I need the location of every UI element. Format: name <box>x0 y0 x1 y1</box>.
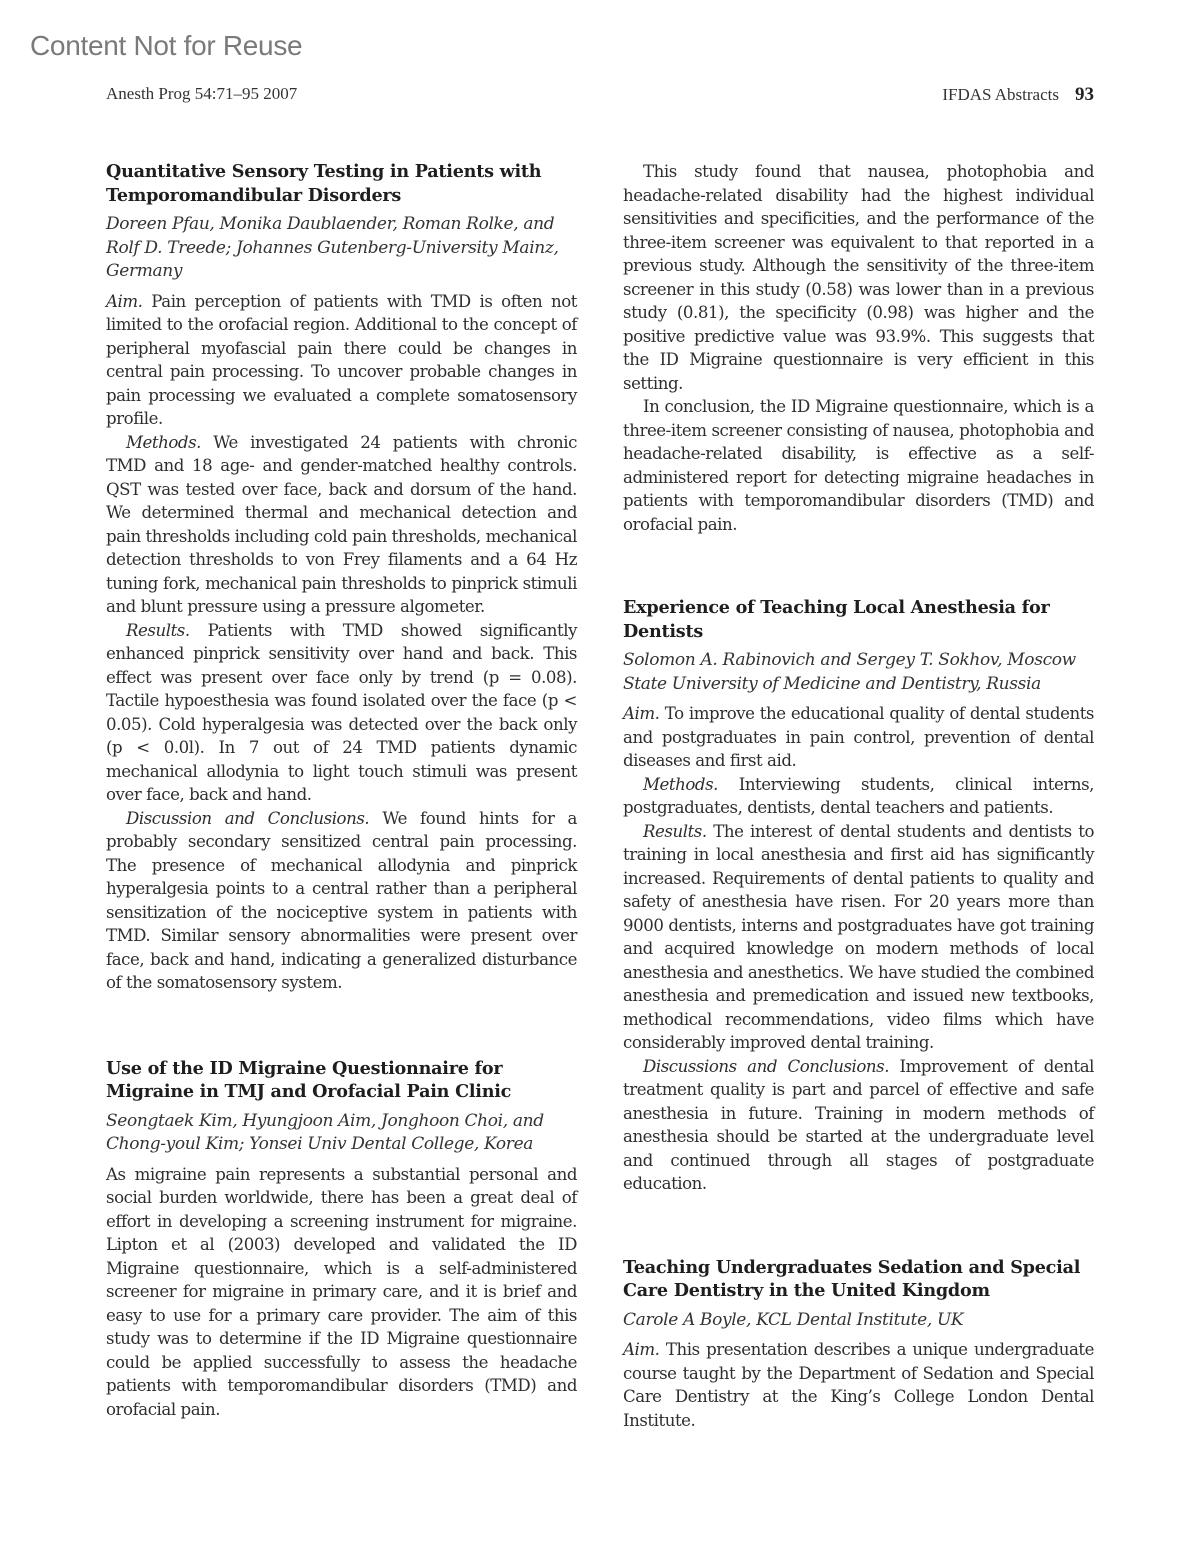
page-number: 93 <box>1075 84 1094 105</box>
abstract-teaching-sedation-uk: Teaching Undergraduates Sedation and Spe… <box>623 1256 1094 1433</box>
watermark: Content Not for Reuse <box>30 30 302 62</box>
section-text: Patients with TMD showed significantly e… <box>106 621 577 805</box>
abstract-title: Teaching Undergraduates Sedation and Spe… <box>623 1256 1094 1303</box>
abstract-title: Quantitative Sensory Testing in Patients… <box>106 160 577 207</box>
results-paragraph: Results. The interest of dental students… <box>623 820 1094 1055</box>
abstract-authors: Solomon A. Rabinovich and Sergey T. Sokh… <box>623 649 1094 696</box>
body-paragraph: This study found that nausea, photophobi… <box>623 160 1094 395</box>
right-column: This study found that nausea, photophobi… <box>623 160 1094 1432</box>
abstract-title: Use of the ID Migraine Questionnaire for… <box>106 1057 577 1104</box>
section-text: We investigated 24 patients with chronic… <box>106 433 577 617</box>
results-paragraph: Results. Patients with TMD showed signif… <box>106 619 577 807</box>
abstract-id-migraine: Use of the ID Migraine Questionnaire for… <box>106 1057 577 1422</box>
abstract-authors: Doreen Pfau, Monika Daublaender, Roman R… <box>106 213 577 284</box>
running-head: Anesth Prog 54:71–95 2007 IFDAS Abstract… <box>106 84 1094 108</box>
section-name: IFDAS Abstracts <box>942 85 1059 104</box>
left-column: Quantitative Sensory Testing in Patients… <box>106 160 577 1421</box>
abstract-authors: Seongtaek Kim, Hyungjoon Aim, Jonghoon C… <box>106 1110 577 1157</box>
section-label: Discussions and Conclusions. <box>643 1057 889 1076</box>
section-label: Discussion and Conclusions. <box>126 809 369 828</box>
section-label: Results. <box>126 621 190 640</box>
section-label: Aim. <box>623 704 660 723</box>
discussion-paragraph: Discussion and Conclusions. We found hin… <box>106 807 577 995</box>
body-paragraph: In conclusion, the ID Migraine questionn… <box>623 395 1094 536</box>
methods-paragraph: Methods. Interviewing students, clinical… <box>623 773 1094 820</box>
section-text: Pain perception of patients with TMD is … <box>106 292 577 429</box>
section-label: Results. <box>643 822 707 841</box>
section-text: Improvement of dental treatment quality … <box>623 1057 1094 1194</box>
aim-paragraph: Aim. Pain perception of patients with TM… <box>106 290 577 431</box>
section-label: Aim. <box>623 1340 660 1359</box>
section-label: Aim. <box>106 292 143 311</box>
section-text: To improve the educational quality of de… <box>623 704 1094 770</box>
abstract-authors: Carole A Boyle, KCL Dental Institute, UK <box>623 1309 1094 1333</box>
discussion-paragraph: Discussions and Conclusions. Improvement… <box>623 1055 1094 1196</box>
section-text: We found hints for a probably secondary … <box>106 809 577 993</box>
abstract-qst-tmd: Quantitative Sensory Testing in Patients… <box>106 160 577 995</box>
abstract-teaching-local-anesthesia: Experience of Teaching Local Anesthesia … <box>623 596 1094 1196</box>
section-label: Methods. <box>643 775 718 794</box>
journal-citation: Anesth Prog 54:71–95 2007 <box>106 84 297 104</box>
abstract-title: Experience of Teaching Local Anesthesia … <box>623 596 1094 643</box>
body-paragraph: As migraine pain represents a substantia… <box>106 1163 577 1422</box>
section-label: Methods. <box>126 433 201 452</box>
section-text: The interest of dental students and dent… <box>623 822 1094 1053</box>
aim-paragraph: Aim. To improve the educational quality … <box>623 702 1094 773</box>
aim-paragraph: Aim. This presentation describes a uniqu… <box>623 1338 1094 1432</box>
methods-paragraph: Methods. We investigated 24 patients wit… <box>106 431 577 619</box>
section-and-page: IFDAS Abstracts93 <box>942 84 1094 106</box>
abstract-id-migraine-continued: This study found that nausea, photophobi… <box>623 160 1094 536</box>
section-text: This presentation describes a unique und… <box>623 1340 1094 1430</box>
